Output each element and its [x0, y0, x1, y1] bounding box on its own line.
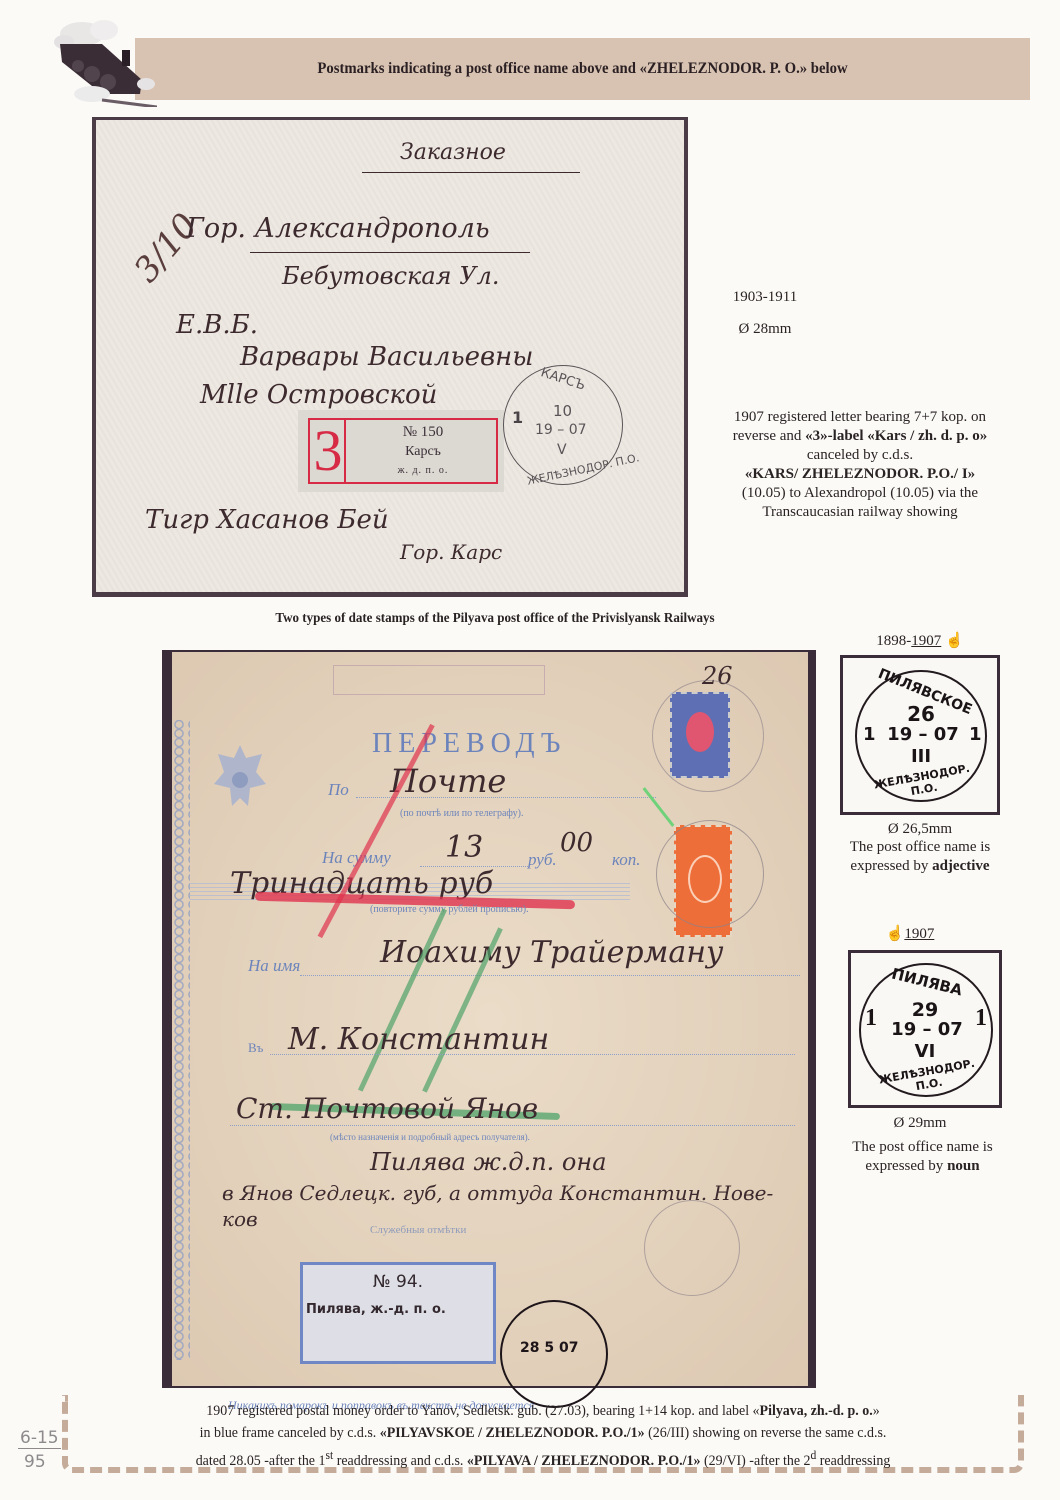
type2-period-year: 1907	[904, 926, 934, 942]
kars-postmark-year: 19 – 07	[535, 422, 587, 438]
handwriting-sender-city: Гор. Карс	[400, 540, 502, 564]
cover-desc-line: 1907 registered letter bearing 7+7 kop. …	[690, 408, 1030, 427]
pilyava-label-number: № 94.	[300, 1272, 496, 1292]
field-name-line	[300, 975, 800, 976]
bottom-text: 1907 registered postal money order to Ya…	[206, 1403, 759, 1419]
type1-postmark-month: III	[901, 746, 941, 767]
type1-diameter: Ø 26,5mm	[820, 820, 1020, 839]
type1-note-bold: adjective	[932, 858, 989, 874]
type2-note-bold: noun	[947, 1158, 980, 1174]
registration-office: ж. д. п. о.	[348, 465, 498, 476]
type2-postmark-side-right: 1	[975, 1005, 987, 1032]
address-line	[230, 1125, 795, 1126]
faint-box-postmark	[333, 665, 545, 695]
bottom-caption: 1907 registered postal money order to Ya…	[96, 1400, 991, 1472]
handwriting-sender: Тигр Хасанов Бей	[145, 505, 389, 535]
steam-locomotive-icon	[42, 12, 157, 107]
handwriting-surname: Мlle Островской	[200, 380, 437, 410]
sum-hint: (повторите сумму рублей прописью).	[370, 904, 529, 915]
bottom-text: dated 28.05 -after the 1	[196, 1453, 326, 1469]
type2-postmark-year: 19 – 07	[885, 1019, 969, 1040]
field-by-label: По	[328, 780, 349, 800]
bottom-line-1: 1907 registered postal money order to Ya…	[96, 1400, 991, 1422]
registration-city: Карсъ	[348, 444, 498, 460]
cover-desc-bold: «3»-label «Kars / zh. d. p. o»	[805, 428, 987, 444]
bottom-text: readdressing	[816, 1453, 890, 1469]
reverse-postmark-faint	[644, 1200, 740, 1296]
bottom-text: »	[873, 1403, 880, 1419]
type1-period-prefix: 1898-	[876, 633, 911, 649]
page-title: Postmarks indicating a post office name …	[171, 38, 994, 100]
pencil-note-top: 6-15	[18, 1428, 61, 1449]
kop-label: коп.	[612, 850, 641, 870]
kars-postmark-day: 10	[553, 402, 572, 420]
bottom-bold: «PILYAVA / ZHELEZNODOR. P.O./1»	[467, 1453, 701, 1469]
bottom-text: in blue frame canceled by c.d.s.	[200, 1425, 380, 1441]
pilyavskoe-postmark-faint	[656, 820, 764, 928]
field-to-label: Въ	[248, 1040, 263, 1056]
bottom-line-3: dated 28.05 -after the 1st readdressing …	[96, 1444, 991, 1472]
type1-postmark-side-right: 1	[969, 724, 982, 745]
underline	[362, 172, 580, 173]
cover-description: 1907 registered letter bearing 7+7 kop. …	[690, 408, 1030, 522]
pointing-hand-icon: ☝	[886, 926, 905, 942]
rub-label: руб.	[528, 850, 557, 870]
handwriting-name: Варвары Васильевны	[240, 342, 533, 372]
type2-diameter: Ø 29mm	[820, 1114, 1020, 1133]
kop-value: 00	[560, 828, 593, 858]
redirect-note: Пилява ж.д.п. она	[370, 1148, 607, 1176]
underline	[250, 252, 530, 253]
pointing-hand-icon: ☝	[945, 633, 964, 649]
type1-period: 1898-1907 ☝	[830, 632, 1010, 651]
field-name-label: На имя	[248, 956, 300, 976]
type1-postmark-image: ПИЛЯВСКОЕ 26 19 – 07 III 1 1 ЖЕЛѢЗНОДОР.…	[840, 655, 1000, 815]
type2-postmark-side-left: 1	[865, 1005, 877, 1032]
cover-desc-line: «KARS/ ZHELEZNODOR. P.O./ I»	[690, 465, 1030, 484]
type2-postmark-month: VI	[905, 1041, 945, 1062]
kars-postmark-side: 1	[512, 408, 523, 427]
sum-value: 13	[445, 830, 483, 865]
type2-postmark-day: 29	[905, 999, 945, 1021]
address-value: Ст. Почтовой Янов	[236, 1092, 538, 1125]
yanov-postmark-date: 28 5 07	[520, 1340, 578, 1356]
address-hint: (мѣсто назначенія и подробный адресъ пол…	[330, 1132, 530, 1142]
bottom-text: (29/VI) -after the 2	[700, 1453, 810, 1469]
card-scallop-border	[172, 720, 190, 1360]
bottom-bold: Pilyava, zh.-d. p. o.	[760, 1403, 873, 1419]
pilyava-label-office: Пилява, ж.-д. п. о.	[306, 1302, 446, 1317]
kars-postmark-month: V	[557, 442, 567, 458]
cover-desc-line: (10.05) to Alexandropol (10.05) via the	[690, 484, 1030, 503]
type1-postmark-day: 26	[901, 702, 941, 726]
service-notes: Служебныя отмѣтки	[370, 1224, 466, 1236]
pilyavskoe-postmark-faint	[652, 680, 764, 792]
handwriting-registered: Заказное	[400, 140, 506, 165]
to-value: М. Константин	[288, 1022, 549, 1057]
field-by-hint: (по почтѣ или по телеграфу).	[400, 808, 524, 819]
bottom-text: (26/III) showing on reverse the same c.d…	[645, 1425, 887, 1441]
registration-number-big: 3	[312, 418, 346, 484]
type1-period-year: 1907	[911, 633, 941, 649]
section-title: Two types of date stamps of the Pilyava …	[202, 611, 788, 627]
type1-postmark-year: 19 – 07	[881, 724, 965, 745]
cover-desc-text: reverse and	[733, 428, 805, 444]
cover-diameter: Ø 28mm	[700, 320, 830, 339]
cover-desc-line: Transcaucasian railway showing	[690, 503, 1030, 522]
pencil-note-bottom: 95	[24, 1452, 46, 1472]
registration-number: № 150	[348, 424, 498, 441]
bottom-bold: «PILYAVSKOE / ZHELEZNODOR. P.O./1»	[380, 1425, 645, 1441]
cover-desc-line: canceled by c.d.s.	[690, 446, 1030, 465]
bottom-text: readdressing and c.d.s.	[333, 1453, 467, 1469]
type2-period: ☝1907	[860, 925, 960, 944]
cover-desc-line: reverse and «3»-label «Kars / zh. d. p. …	[690, 427, 1030, 446]
handwriting-honorific: Е.В.Б.	[176, 310, 258, 340]
cover-period: 1903-1911	[700, 288, 830, 307]
type2-postmark-image: ПИЛЯВА 29 19 – 07 VI 1 1 ЖЕЛѢЗНОДОР. П.О…	[848, 950, 1002, 1108]
type1-note: The post office name is expressed by adj…	[825, 838, 1015, 876]
handwriting-city: Гор. Александрополь	[186, 213, 490, 244]
imperial-eagle-icon	[210, 740, 270, 820]
type2-note: The post office name is expressed by nou…	[835, 1138, 1010, 1176]
bottom-line-2: in blue frame canceled by c.d.s. «PILYAV…	[96, 1422, 991, 1444]
card-title: ПЕРЕВОДЪ	[372, 728, 566, 760]
type1-postmark-side-left: 1	[863, 724, 876, 745]
handwriting-street: Бебутовская Ул.	[282, 262, 499, 290]
